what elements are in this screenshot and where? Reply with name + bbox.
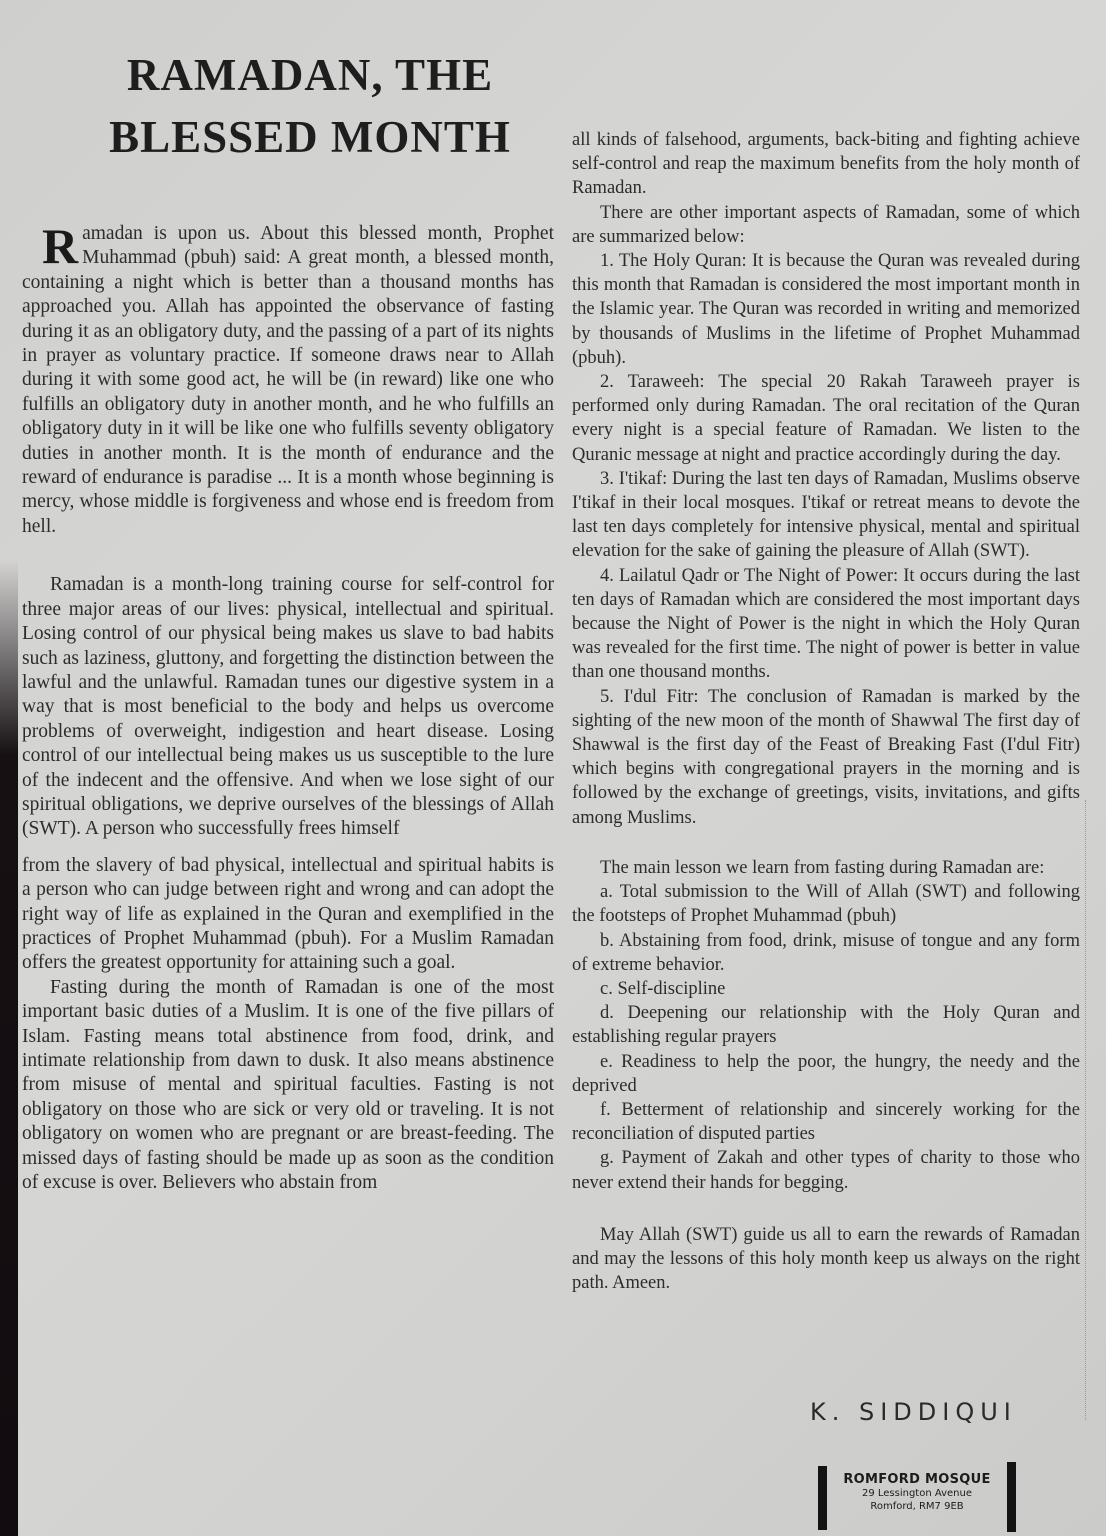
intro-text: amadan is upon us. About this blessed mo… [22, 223, 554, 537]
mosque-stamp: ROMFORD MOSQUE 29 Lessington Avenue Romf… [818, 1462, 1016, 1532]
right-column: all kinds of falsehood, arguments, back-… [572, 128, 1080, 1295]
author-signature: K. SIDDIQUI [810, 1398, 1017, 1426]
lesson-item: f. Betterment of relationship and sincer… [572, 1098, 1080, 1146]
aspect-item: 3. I'tikaf: During the last ten days of … [572, 467, 1080, 564]
aspect-item: 5. I'dul Fitr: The conclusion of Ramadan… [572, 685, 1080, 830]
page-edge-shadow [0, 560, 18, 1536]
lesson-item: g. Payment of Zakah and other types of c… [572, 1146, 1080, 1194]
training-paragraph: Ramadan is a month-long training course … [22, 573, 554, 841]
left-column: Ramadan is upon us. About this blessed m… [22, 222, 554, 1195]
continuation-paragraph: all kinds of falsehood, arguments, back-… [572, 128, 1080, 201]
mosque-address-1: 29 Lessington Avenue [832, 1487, 1002, 1500]
lesson-item: a. Total submission to the Will of Allah… [572, 880, 1080, 928]
mosque-address-2: Romford, RM7 9EB [832, 1500, 1002, 1513]
aspect-item: 4. Lailatul Qadr or The Night of Power: … [572, 564, 1080, 685]
title-line-2: BLESSED MONTH [70, 106, 550, 168]
margin-marks [1085, 800, 1088, 1420]
stamp-bar-left [818, 1466, 827, 1530]
stamp-bar-right [1007, 1462, 1016, 1532]
lesson-item: e. Readiness to help the poor, the hungr… [572, 1050, 1080, 1098]
aspect-item: 2. Taraweeh: The special 20 Rakah Tarawe… [572, 370, 1080, 467]
closing-paragraph: May Allah (SWT) guide us all to earn the… [572, 1223, 1080, 1296]
title-line-1: RAMADAN, THE [70, 44, 550, 106]
aspect-item: 1. The Holy Quran: It is because the Qur… [572, 249, 1080, 370]
mosque-name: ROMFORD MOSQUE [832, 1472, 1002, 1487]
lesson-item: b. Abstaining from food, drink, misuse o… [572, 929, 1080, 977]
lesson-item: c. Self-discipline [572, 977, 1080, 1001]
slavery-paragraph: from the slavery of bad physical, intell… [22, 854, 554, 976]
article-title: RAMADAN, THE BLESSED MONTH [70, 44, 550, 168]
fasting-paragraph: Fasting during the month of Ramadan is o… [22, 976, 554, 1196]
lesson-item: d. Deepening our relationship with the H… [572, 1001, 1080, 1049]
stamp-text: ROMFORD MOSQUE 29 Lessington Avenue Romf… [832, 1472, 1002, 1513]
intro-paragraph: Ramadan is upon us. About this blessed m… [22, 222, 554, 539]
drop-cap: R [42, 226, 78, 266]
lessons-intro: The main lesson we learn from fasting du… [572, 856, 1080, 880]
aspects-intro: There are other important aspects of Ram… [572, 201, 1080, 249]
